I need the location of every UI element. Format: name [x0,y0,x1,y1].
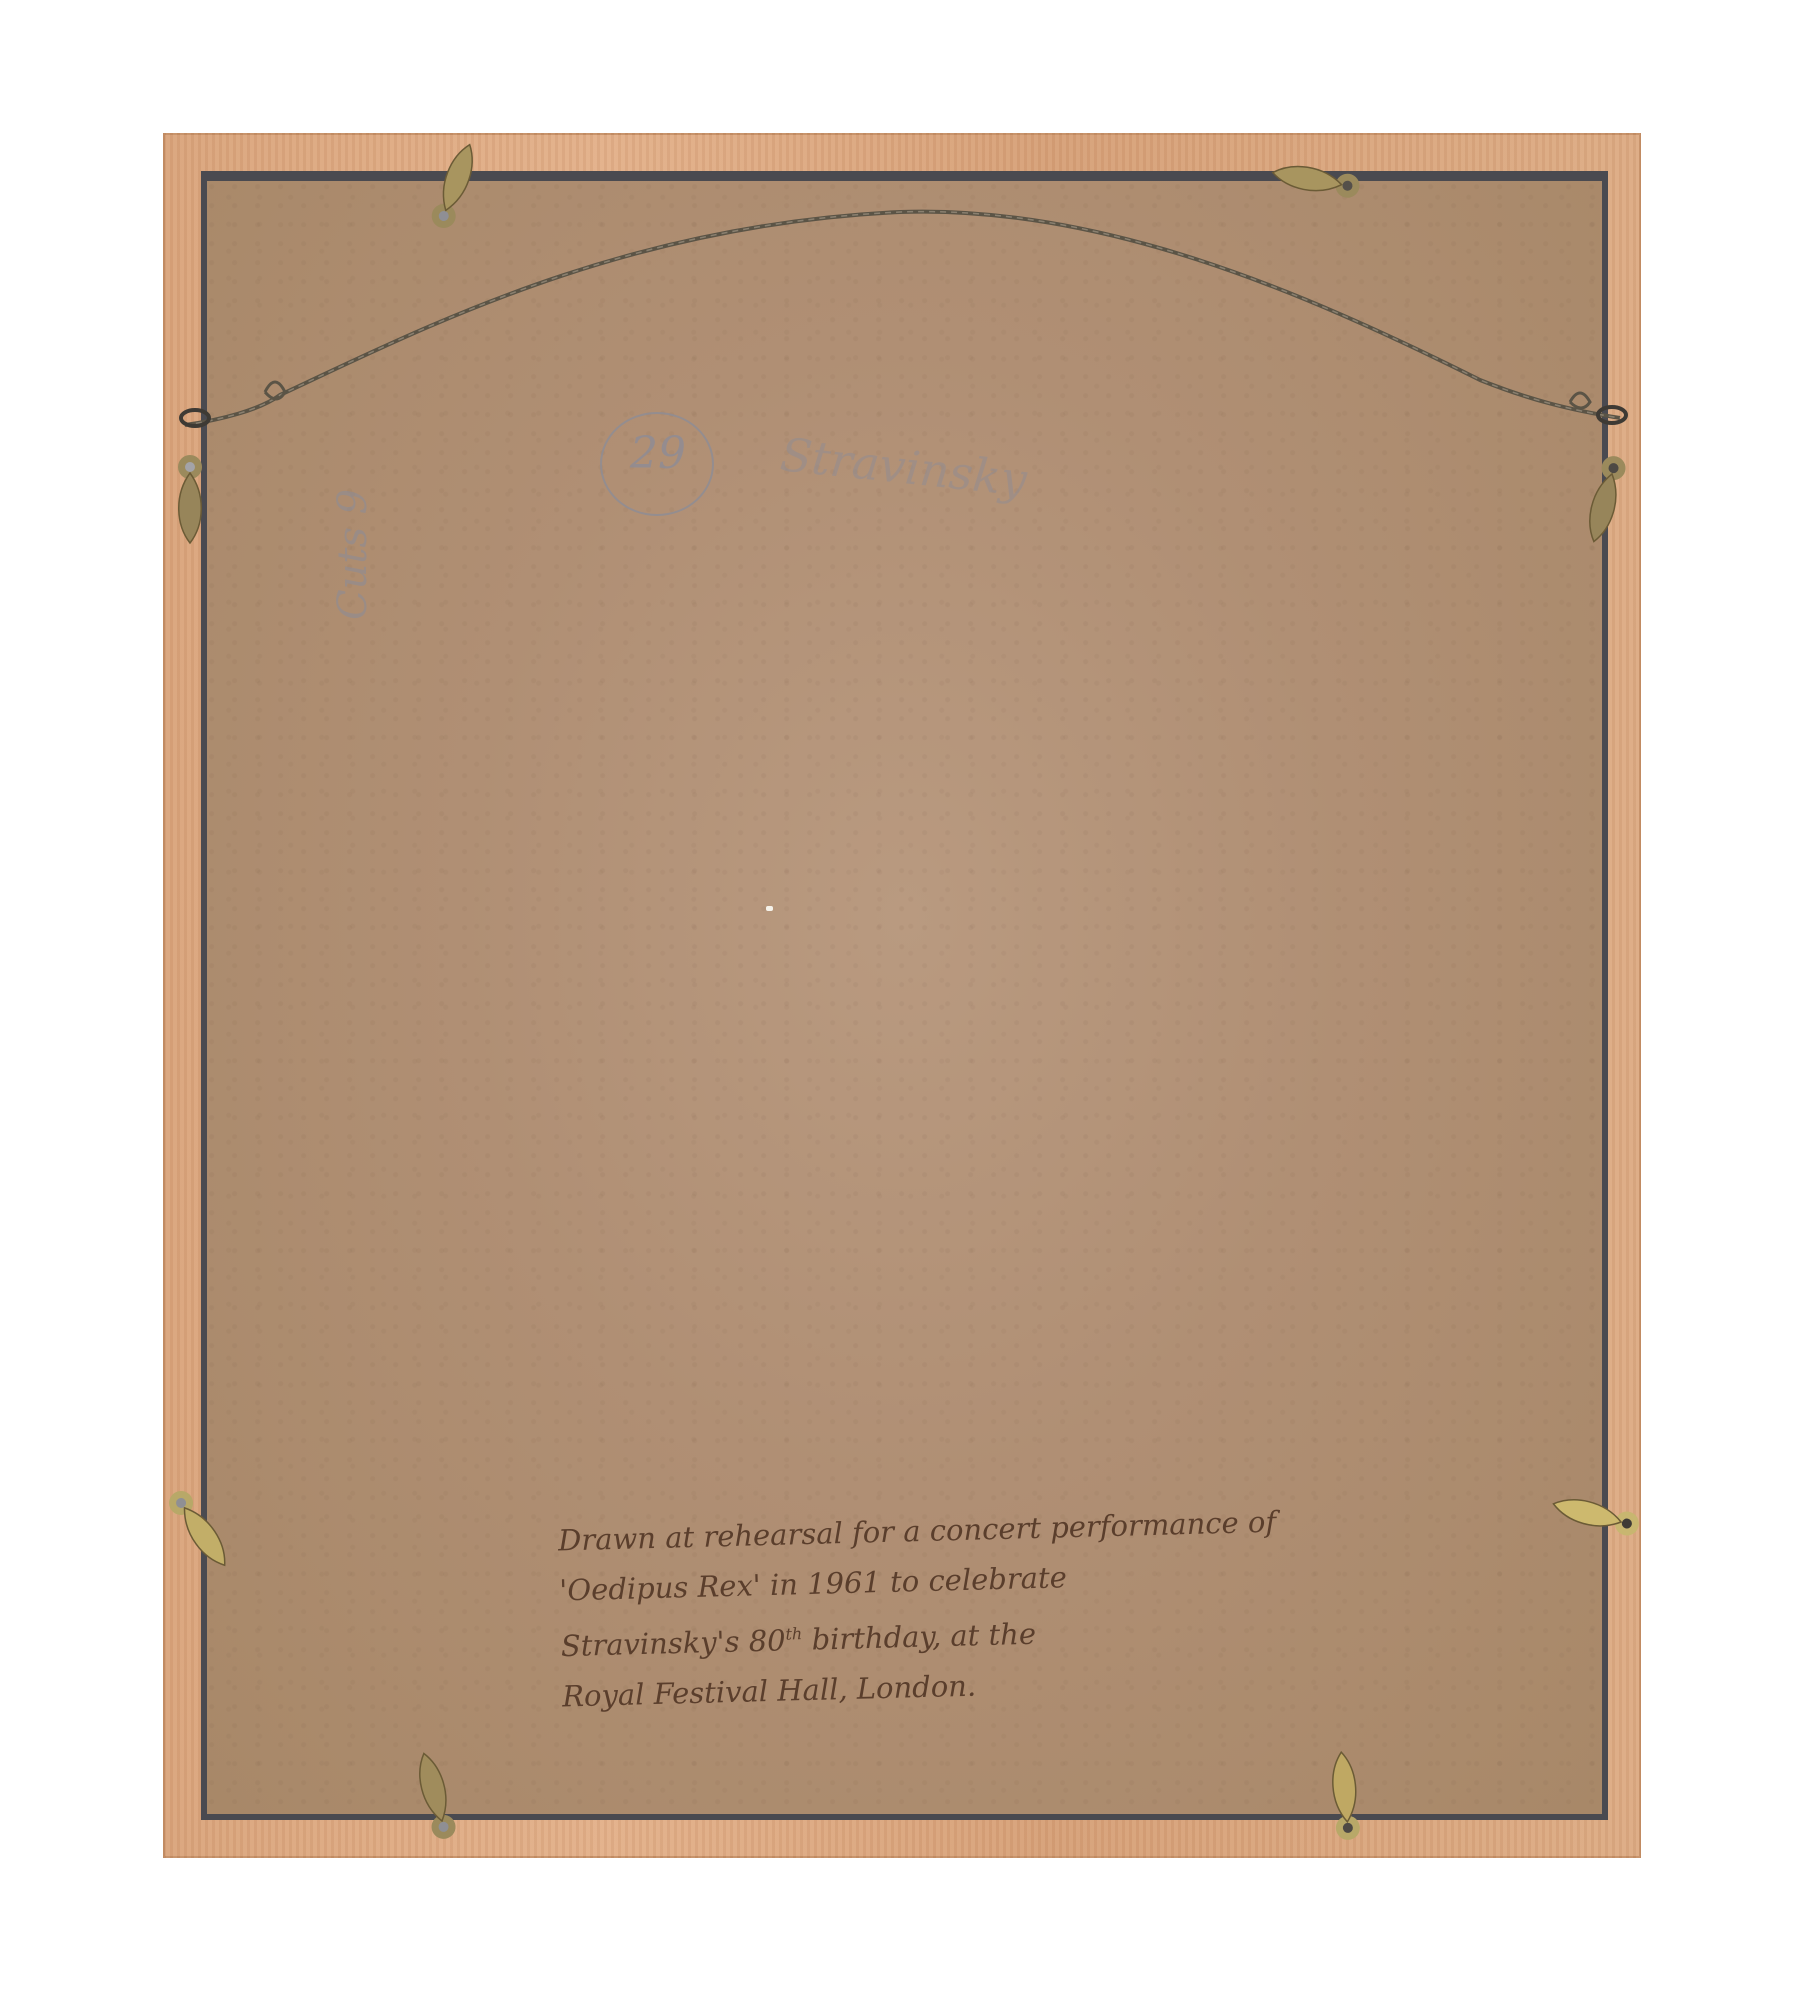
turn-clip-left-upper-icon [170,455,210,545]
inscription-line-3-start: Stravinsky's 80 [560,1623,786,1663]
turn-clip-bottom-right-icon [1321,1748,1369,1841]
white-speck [766,906,773,911]
pencil-vertical-note: Cuts 9 [330,489,376,620]
ink-inscription: Drawn at rehearsal for a concert perform… [557,1495,1362,1722]
circled-number: 29 [630,428,686,479]
inscription-line-3-end: birthday, at the [802,1617,1037,1657]
ordinal-suffix: th [785,1624,802,1643]
